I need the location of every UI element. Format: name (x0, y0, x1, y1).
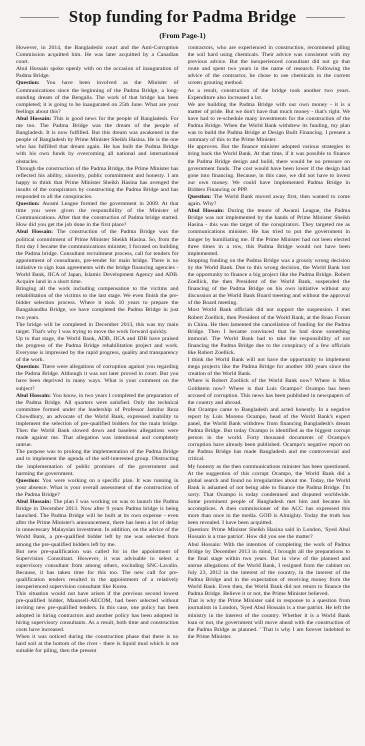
speaker-label: Question: (188, 527, 212, 533)
article-paragraph: contractors, who are experienced in cons… (188, 45, 351, 88)
article-paragraph: I think the World Bank will not have the… (188, 357, 351, 378)
paragraph-text: This is good news for the people of Bang… (16, 116, 179, 165)
article-paragraph: Bringing all the work including compensa… (16, 286, 179, 321)
article-paragraph: Most World Bank officials did not suppor… (188, 307, 351, 357)
article-paragraph: Abul Hossain: The construction of the Pa… (16, 229, 179, 286)
article-paragraph: Stopping funding on the Padma Bridge was… (188, 258, 351, 308)
paragraph-text: Bringing all the work including compensa… (16, 286, 179, 320)
article-paragraph: However, in 2014, the Bangladeshi court … (16, 45, 179, 66)
article-paragraph: That is why the Prime Minister said in r… (188, 598, 351, 641)
article-paragraph: Abul Hossain: The plan I was working on … (16, 499, 179, 549)
paragraph-text: As a result, construction of the bridge … (188, 88, 351, 101)
headline-row: Stop funding for Padma Bridge (0, 7, 365, 27)
paragraph-text: You know, in two years I completed the p… (16, 393, 179, 449)
speaker-label: Abul Hossain: (188, 542, 224, 548)
speaker-label: Abul Hossain: (16, 229, 57, 235)
speaker-label: Question: (16, 201, 42, 207)
paragraph-text: That is why the Prime Minister said in r… (188, 598, 351, 639)
speaker-label: Question: (16, 80, 46, 86)
speaker-label: Abul Hossain: (16, 393, 53, 399)
article-paragraph: Question: Prime Minister Sheikh Hasina s… (188, 527, 351, 541)
article-paragraph: Question: Awami League formed the govern… (16, 201, 179, 229)
paragraph-text: During the tenure of Awami League, the P… (188, 208, 351, 257)
article-paragraph: Through the construction of the Padma Br… (16, 166, 179, 201)
article-paragraph: But new pre-qualification was called for… (16, 549, 179, 592)
paragraph-text: My honesty as the then communications mi… (188, 464, 351, 527)
article-paragraph: The bridge will be completed in December… (16, 322, 179, 336)
article-paragraph: Abul Hossain spoke openly with on the oc… (16, 66, 179, 80)
article-paragraph: He approves. But the finance minister ad… (188, 144, 351, 194)
article-paragraph: But Ocampo came to Bangladesh and acted … (188, 407, 351, 464)
article-paragraph: When it was noticed during the construct… (16, 634, 179, 655)
paragraph-text: Most World Bank officials did not suppor… (188, 307, 351, 356)
paragraph-text: contractors, who are experienced in cons… (188, 45, 351, 86)
speaker-label: Question: (188, 194, 214, 200)
article-paragraph: Where is Robert Zoellick of the World Ba… (188, 378, 351, 406)
article-paragraph: We are building the Padma Bridge with ou… (188, 102, 351, 145)
paragraph-text: Stopping funding on the Padma Bridge was… (188, 258, 351, 307)
title-rule-left (20, 17, 59, 18)
article-paragraph: Abul Hossain: During the tenure of Awami… (188, 208, 351, 258)
article-column-right: contractors, who are experienced in cons… (188, 45, 351, 745)
paragraph-text: Through the construction of the Padma Br… (16, 166, 179, 200)
paragraph-text: This situation would not have arisen if … (16, 591, 179, 632)
article-paragraph: As a result, construction of the bridge … (188, 88, 351, 102)
paragraph-text: The bridge will be completed in December… (16, 322, 179, 335)
article-paragraph: Abul Hossain: With the intention of comp… (188, 542, 351, 599)
title-rule-right (306, 17, 345, 18)
article-paragraph: Abul Hossain: This is good news for the … (16, 116, 179, 166)
speaker-label: Question: (16, 364, 42, 370)
paragraph-text: But Ocampo came to Bangladesh and acted … (188, 407, 351, 463)
article-headline: Stop funding for Padma Bridge (59, 7, 306, 27)
article-paragraph: Up to that stage, the World Bank, ADB, J… (16, 336, 179, 364)
paragraph-text: Prime Minister Sheikh Hasina said in Lon… (188, 527, 350, 540)
paragraph-text: The construction of the Padma Bridge was… (16, 229, 179, 285)
paragraph-text: Where is Robert Zoellick of the World Ba… (188, 378, 351, 405)
continuation-note: (From Page-1) (0, 31, 365, 40)
paragraph-text: When it was noticed during the construct… (16, 634, 179, 654)
paragraph-text: With the intention of completing the wor… (188, 542, 351, 598)
article-paragraph: Question: You were working on a specific… (16, 478, 179, 499)
article-paragraph: The purpose was to prolong the implement… (16, 449, 179, 477)
paragraph-text: Abul Hossain spoke openly with on the oc… (16, 66, 179, 79)
paragraph-text: Up to that stage, the World Bank, ADB, J… (16, 336, 179, 363)
article-paragraph: Question: You have been involved as the … (16, 80, 179, 115)
paragraph-text: But new pre-qualification was called for… (16, 549, 179, 590)
article-column-left: However, in 2014, the Bangladeshi court … (16, 45, 179, 745)
article-paragraph: Abul Hossain: You know, in two years I c… (16, 393, 179, 450)
speaker-label: Question: (16, 478, 42, 484)
paragraph-text: I think the World Bank will not have the… (188, 357, 351, 377)
newspaper-page: Stop funding for Padma Bridge (From Page… (0, 0, 365, 745)
speaker-label: Abul Hossain: (16, 499, 53, 505)
paragraph-text: The plan I was working on was to launch … (16, 499, 179, 548)
paragraph-text: The purpose was to prolong the implement… (16, 449, 179, 476)
speaker-label: Abul Hossain: (188, 208, 228, 214)
article-paragraph: My honesty as the then communications mi… (188, 464, 351, 528)
article-paragraph: Question: The World Bank moved away firs… (188, 194, 351, 208)
paragraph-text: However, in 2014, the Bangladeshi court … (16, 45, 179, 65)
article-paragraph: This situation would not have arisen if … (16, 591, 179, 634)
article-paragraph: Question: There were allegations of corr… (16, 364, 179, 392)
paragraph-text: We are building the Padma Bridge with ou… (188, 102, 351, 143)
paragraph-text: He approves. But the finance minister ad… (188, 144, 351, 193)
speaker-label: Abul Hossain: (16, 116, 53, 122)
article-body: However, in 2014, the Bangladeshi court … (0, 40, 365, 745)
